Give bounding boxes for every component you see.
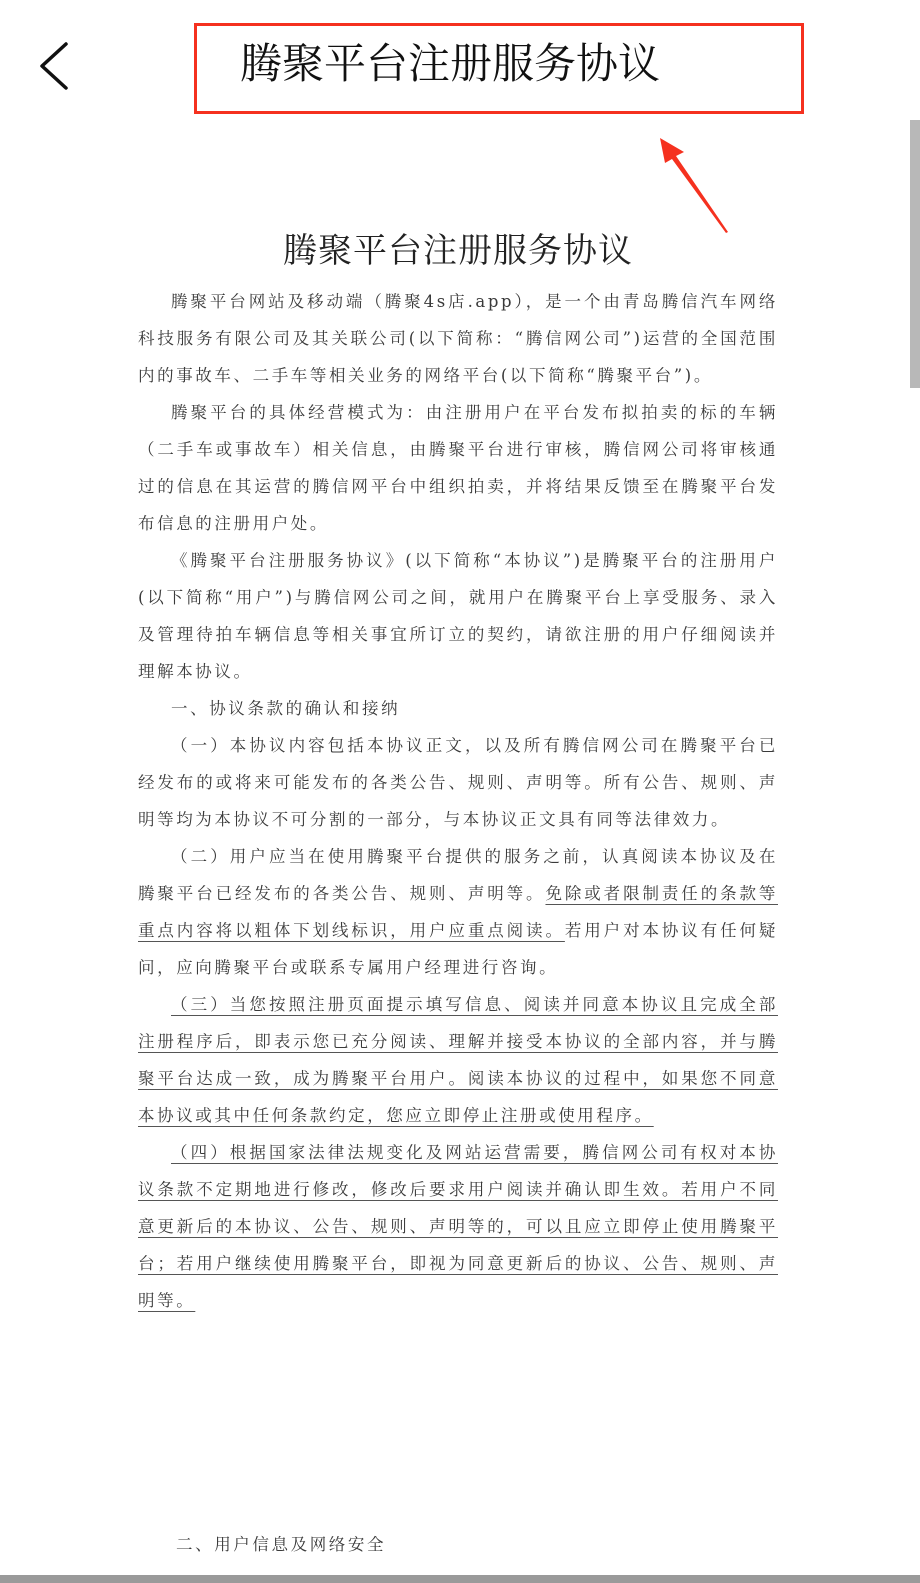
page-title: 腾聚平台注册服务协议: [240, 36, 660, 92]
back-button[interactable]: [30, 36, 80, 96]
clause-1: （一）本协议内容包括本协议正文，以及所有腾信网公司在腾聚平台已经发布的或将来可能…: [138, 727, 778, 838]
intro-paragraph-2: 腾聚平台的具体经营模式为：由注册用户在平台发布拟拍卖的标的车辆（二手车或事故车）…: [138, 394, 778, 542]
section1-heading: 一、协议条款的确认和接纳: [138, 690, 778, 727]
intro-paragraph-3: 《腾聚平台注册服务协议》(以下简称“本协议”)是腾聚平台的注册用户(以下简称“用…: [138, 542, 778, 690]
bottom-edge-bar: [0, 1575, 920, 1583]
intro-paragraph-1: 腾聚平台网站及移动端（腾聚4s店.app），是一个由青岛腾信汽车网络科技服务有限…: [138, 283, 778, 394]
nav-bar: 腾聚平台注册服务协议: [0, 0, 920, 120]
clause-4: （四）根据国家法律法规变化及网站运营需要，腾信网公司有权对本协议条款不定期地进行…: [138, 1134, 778, 1319]
clause-4-underlined: （四）根据国家法律法规变化及网站运营需要，腾信网公司有权对本协议条款不定期地进行…: [138, 1143, 778, 1310]
clause-3-underlined: （三）当您按照注册页面提示填写信息、阅读并同意本协议且完成全部注册程序后，即表示…: [138, 995, 778, 1125]
scrollbar[interactable]: [910, 120, 920, 388]
agreement-document: 腾聚平台注册服务协议 腾聚平台网站及移动端（腾聚4s店.app），是一个由青岛腾…: [138, 225, 778, 1319]
document-title: 腾聚平台注册服务协议: [138, 225, 778, 277]
clause-2: （二）用户应当在使用腾聚平台提供的服务之前，认真阅读本协议及在腾聚平台已经发布的…: [138, 838, 778, 986]
clause-3: （三）当您按照注册页面提示填写信息、阅读并同意本协议且完成全部注册程序后，即表示…: [138, 986, 778, 1134]
chevron-left-icon: [30, 36, 80, 96]
section2-heading: 二、用户信息及网络安全: [176, 1530, 386, 1560]
